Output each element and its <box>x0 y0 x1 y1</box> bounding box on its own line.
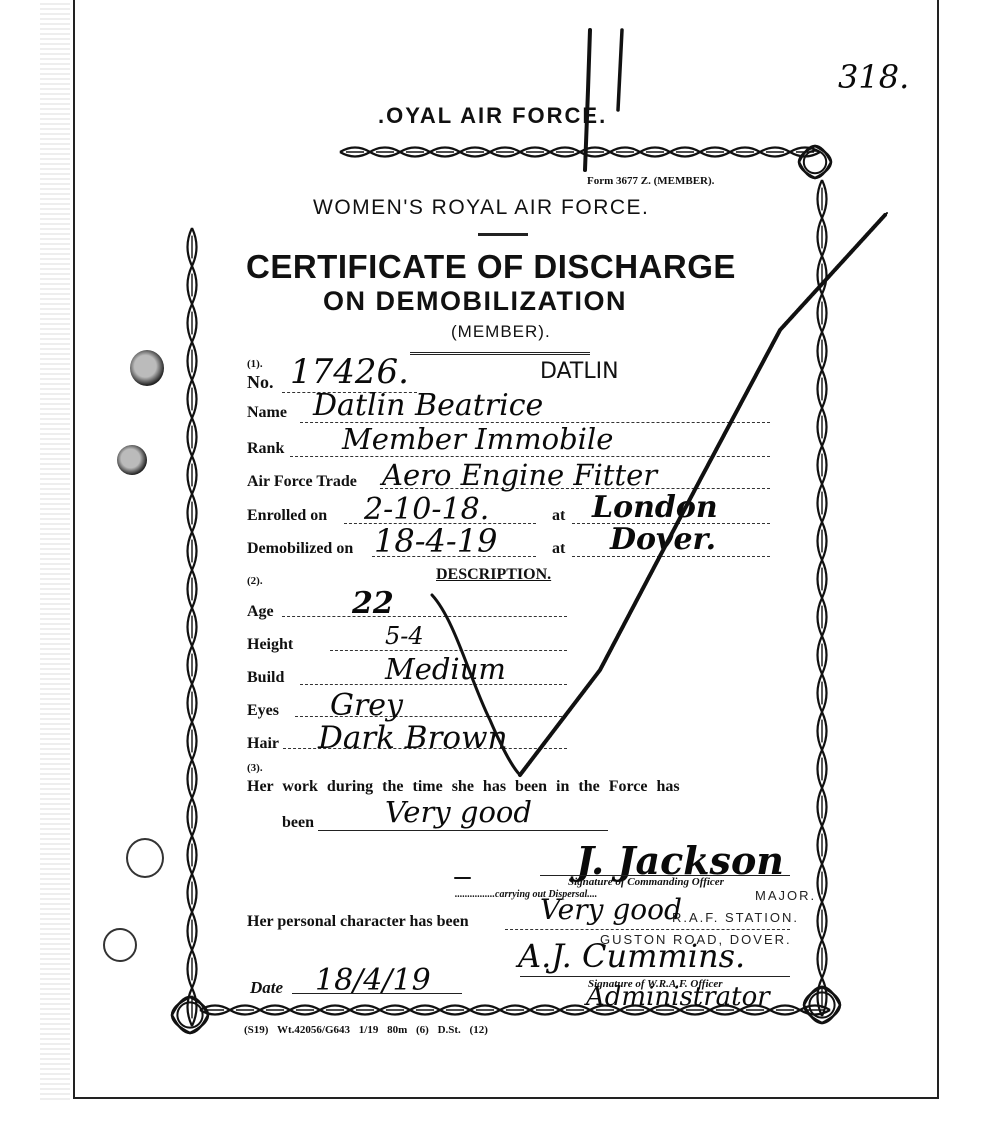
check-mark-overlay <box>0 0 998 1148</box>
